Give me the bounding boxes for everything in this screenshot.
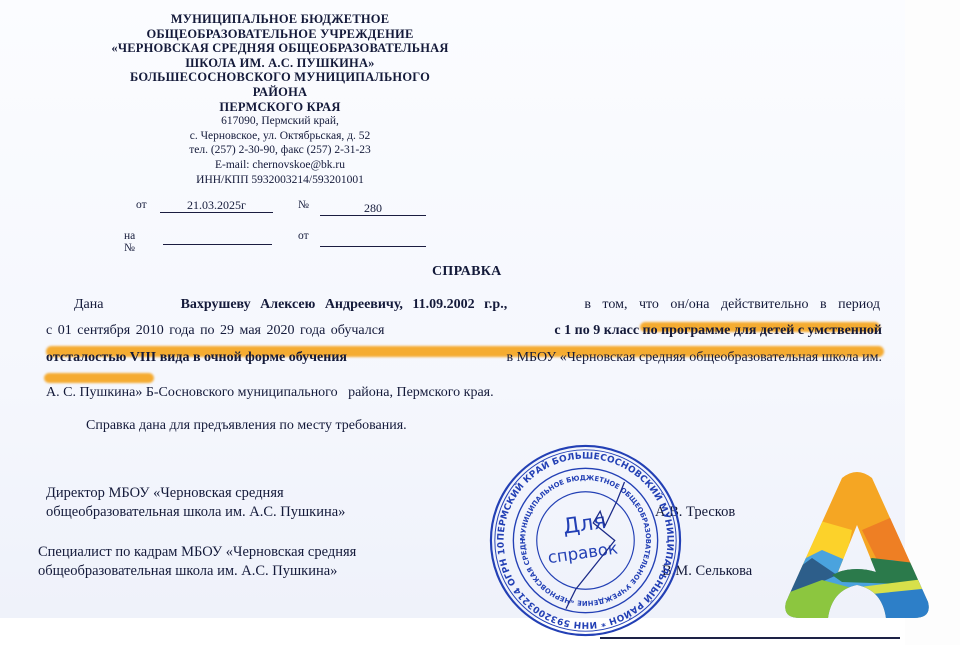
- hr-title: Специалист по кадрам МБОУ «Черновская ср…: [38, 543, 356, 581]
- address-line: ИНН/КПП 5932003214/593201001: [60, 173, 500, 188]
- org-line: БОЛЬШЕСОСНОВСКОГО МУНИЦИПАЛЬНОГО: [60, 70, 500, 85]
- director-title-line: общеобразовательная школа им. А.С. Пушки…: [46, 503, 345, 522]
- highlight-mark: [44, 373, 154, 383]
- letter-a-landscape-logo-icon: [782, 470, 932, 620]
- body-line-3: отсталостью VIII вида в очной форме обуч…: [46, 350, 882, 366]
- address-line: 617090, Пермский край,: [60, 114, 500, 129]
- ref-number-label: на №: [124, 230, 135, 254]
- director-title-line: Директор МБОУ «Черновская средняя: [46, 484, 345, 503]
- ref-number-field: [163, 230, 272, 245]
- org-line: ПЕРМСКОГО КРАЯ: [60, 100, 500, 115]
- letterhead: МУНИЦИПАЛЬНОЕ БЮДЖЕТНОЕ ОБЩЕОБРАЗОВАТЕЛЬ…: [60, 12, 500, 187]
- hr-title-line: Специалист по кадрам МБОУ «Черновская ср…: [38, 543, 356, 562]
- date-field: 21.03.2025г: [160, 198, 273, 213]
- address-line: с. Черновское, ул. Октябрьская, д. 52: [60, 129, 500, 144]
- org-line: ШКОЛА ИМ. А.С. ПУШКИНА»: [60, 56, 500, 71]
- ref-from-field: [320, 232, 426, 247]
- number-label: №: [298, 199, 309, 211]
- address-line: E-mail: chernovskoe@bk.ru: [60, 158, 500, 173]
- body-line-2: с 01 сентября 2010 года по 29 мая 2020 г…: [46, 323, 882, 339]
- body-line-4: А. С. Пушкина» Б-Сосновского муниципальн…: [46, 385, 494, 401]
- date-label: от: [136, 199, 147, 211]
- study-period: с 01 сентября 2010 года по 29 мая 2020 г…: [46, 323, 384, 339]
- body-line-1: Дана Вахрушеву Алексею Андреевичу, 11.09…: [74, 297, 880, 313]
- body-text: в том, что он/она действительно в период: [584, 297, 880, 313]
- org-line: «ЧЕРНОВСКАЯ СРЕДНЯЯ ОБЩЕОБРАЗОВАТЕЛЬНАЯ: [60, 41, 500, 56]
- purpose-line: Справка дана для предъявления по месту т…: [86, 418, 407, 434]
- bottom-margin: [0, 618, 905, 645]
- study-program: с 1 по 9 класс по программе для детей с …: [554, 323, 882, 339]
- document-title: СПРАВКА: [432, 264, 502, 280]
- org-line: ОБЩЕОБРАЗОВАТЕЛЬНОЕ УЧРЕЖДЕНИЕ: [60, 27, 500, 42]
- address-line: тел. (257) 2-30-90, факс (257) 2-31-23: [60, 143, 500, 158]
- org-line: МУНИЦИПАЛЬНОЕ БЮДЖЕТНОЕ: [60, 12, 500, 27]
- recipient-name: Вахрушеву Алексею Андреевичу, 11.09.2002…: [181, 297, 508, 313]
- org-line: РАЙОНА: [60, 85, 500, 100]
- hr-title-line: общеобразовательная школа им. А.С. Пушки…: [38, 562, 356, 581]
- ref-from-label: от: [298, 230, 309, 242]
- official-stamp-icon: ПЕРМСКИЙ КРАЙ БОЛЬШЕСОСНОВСКИЙ МУНИЦИПАЛ…: [488, 443, 683, 638]
- study-program-cont: отсталостью VIII вида в очной форме обуч…: [46, 350, 347, 366]
- divider-line: [600, 637, 900, 639]
- number-field: 280: [320, 201, 426, 216]
- school-name: в МБОУ «Черновская средняя общеобразоват…: [506, 350, 882, 366]
- body-text: Дана: [74, 297, 103, 313]
- svg-text:справок: справок: [547, 539, 619, 568]
- director-title: Директор МБОУ «Черновская средняя общеоб…: [46, 484, 345, 522]
